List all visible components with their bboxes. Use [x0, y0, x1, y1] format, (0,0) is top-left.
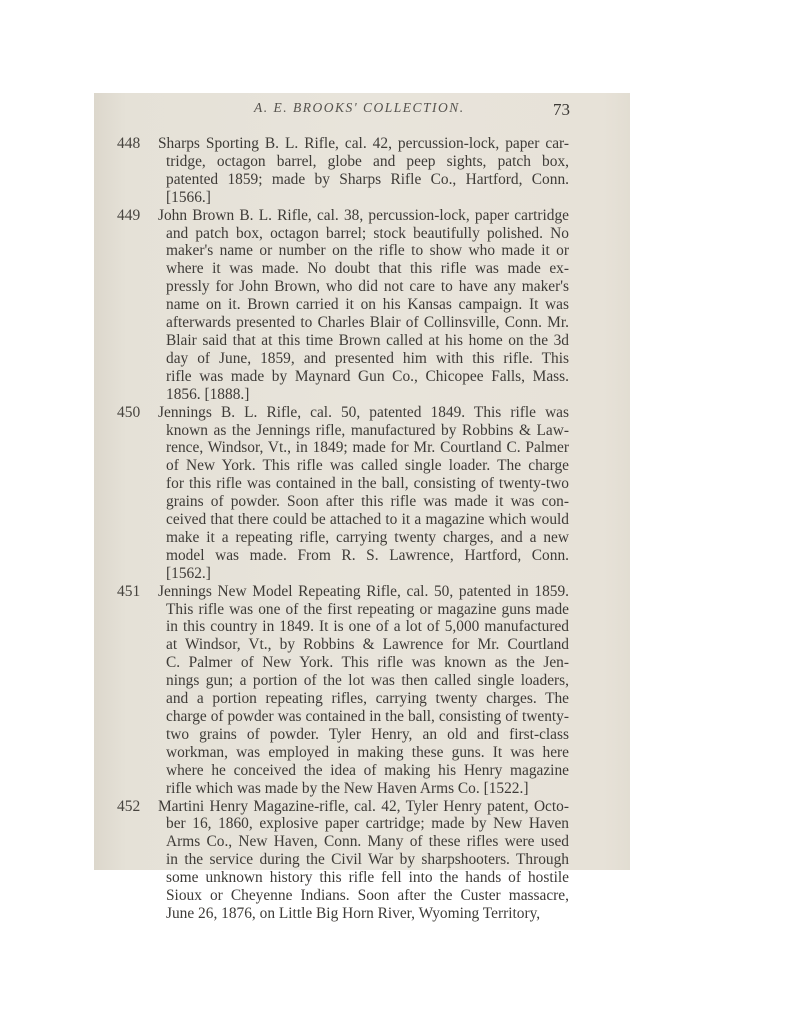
text-line: rifle which was made by the New Haven Ar…: [174, 780, 569, 798]
text-line: where it was made. No doubt that this ri…: [174, 260, 569, 278]
text-line: Jennings B. L. Rifle, cal. 50, patented …: [166, 404, 569, 422]
text-line: afterwards presented to Charles Blair of…: [174, 314, 569, 332]
running-title: A. E. BROOKS' COLLECTION.: [254, 100, 465, 116]
text-line: charge of powder was contained in the ba…: [174, 708, 569, 726]
text-line: in this country in 1849. It is one of a …: [174, 618, 569, 636]
text-line: grains of powder. Soon after this rifle …: [174, 493, 569, 511]
text-line: where he conceived the idea of making hi…: [174, 762, 569, 780]
text-line: maker's name or number on the rifle to s…: [174, 242, 569, 260]
text-line: and patch box, octagon barrel; stock bea…: [174, 225, 569, 243]
text-line: two grains of powder. Tyler Henry, an ol…: [174, 726, 569, 744]
catalog-entry: 452Martini Henry Magazine-rifle, cal. 42…: [94, 798, 630, 923]
text-line: Jennings New Model Repeating Rifle, cal.…: [166, 583, 569, 601]
text-line: of New York. This rifle was called singl…: [174, 457, 569, 475]
page-header: A. E. BROOKS' COLLECTION. 73: [94, 100, 630, 120]
text-line: ceived that there could be attached to i…: [174, 511, 569, 529]
page-number: 73: [553, 100, 570, 120]
text-line: at Windsor, Vt., by Robbins & Lawrence f…: [174, 636, 569, 654]
text-line: name on it. Brown carried it on his Kans…: [174, 296, 569, 314]
entry-number: 452: [117, 798, 140, 816]
catalog-entry: 449John Brown B. L. Rifle, cal. 38, perc…: [94, 207, 630, 404]
scanned-page: A. E. BROOKS' COLLECTION. 73 448Sharps S…: [94, 93, 630, 870]
entry-number: 451: [117, 583, 140, 601]
text-line: and a portion repeating rifles, carrying…: [174, 690, 569, 708]
text-line: rence, Windsor, Vt., in 1849; made for M…: [174, 439, 569, 457]
text-line: workman, was employed in making these gu…: [174, 744, 569, 762]
text-line: C. Palmer of New York. This rifle was kn…: [174, 654, 569, 672]
entry-text: Martini Henry Magazine-rifle, cal. 42, T…: [158, 798, 569, 923]
entry-number: 449: [117, 207, 140, 225]
text-line: known as the Jennings rifle, manufacture…: [174, 422, 569, 440]
text-line: make it a repeating rifle, carrying twen…: [174, 529, 569, 547]
catalog-entry: 450Jennings B. L. Rifle, cal. 50, patent…: [94, 404, 630, 583]
text-line: pressly for John Brown, who did not care…: [174, 278, 569, 296]
text-line: June 26, 1876, on Little Big Horn River,…: [174, 905, 569, 923]
entry-text: John Brown B. L. Rifle, cal. 38, percuss…: [158, 207, 569, 404]
text-line: Martini Henry Magazine-rifle, cal. 42, T…: [166, 798, 569, 816]
text-line: patented 1859; made by Sharps Rifle Co.,…: [174, 171, 569, 189]
text-line: John Brown B. L. Rifle, cal. 38, percuss…: [166, 207, 569, 225]
text-line: 1856. [1888.]: [174, 386, 569, 404]
text-line: nings gun; a portion of the lot was then…: [174, 672, 569, 690]
entry-text: Jennings New Model Repeating Rifle, cal.…: [158, 583, 569, 798]
text-line: in the service during the Civil War by s…: [174, 851, 569, 869]
text-line: day of June, 1859, and presented him wit…: [174, 350, 569, 368]
text-line: model was made. From R. S. Lawrence, Har…: [174, 547, 569, 565]
text-line: Sioux or Cheyenne Indians. Soon after th…: [174, 887, 569, 905]
catalog-entries: 448Sharps Sporting B. L. Rifle, cal. 42,…: [94, 135, 630, 923]
text-line: ber 16, 1860, explosive paper cartridge;…: [174, 815, 569, 833]
text-line: tridge, octagon barrel, globe and peep s…: [174, 153, 569, 171]
text-line: Sharps Sporting B. L. Rifle, cal. 42, pe…: [166, 135, 569, 153]
text-line: [1562.]: [174, 565, 569, 583]
text-line: some unknown history this rifle fell int…: [174, 869, 569, 887]
text-line: This rifle was one of the first repeatin…: [174, 601, 569, 619]
entry-text: Jennings B. L. Rifle, cal. 50, patented …: [158, 404, 569, 583]
text-line: Arms Co., New Haven, Conn. Many of these…: [174, 833, 569, 851]
entry-text: Sharps Sporting B. L. Rifle, cal. 42, pe…: [158, 135, 569, 207]
text-line: for this rifle was contained in the ball…: [174, 475, 569, 493]
text-line: rifle was made by Maynard Gun Co., Chico…: [174, 368, 569, 386]
text-line: [1566.]: [174, 189, 569, 207]
entry-number: 450: [117, 404, 140, 422]
entry-number: 448: [117, 135, 140, 153]
catalog-entry: 451Jennings New Model Repeating Rifle, c…: [94, 583, 630, 798]
text-line: Blair said that at this time Brown calle…: [174, 332, 569, 350]
catalog-entry: 448Sharps Sporting B. L. Rifle, cal. 42,…: [94, 135, 630, 207]
